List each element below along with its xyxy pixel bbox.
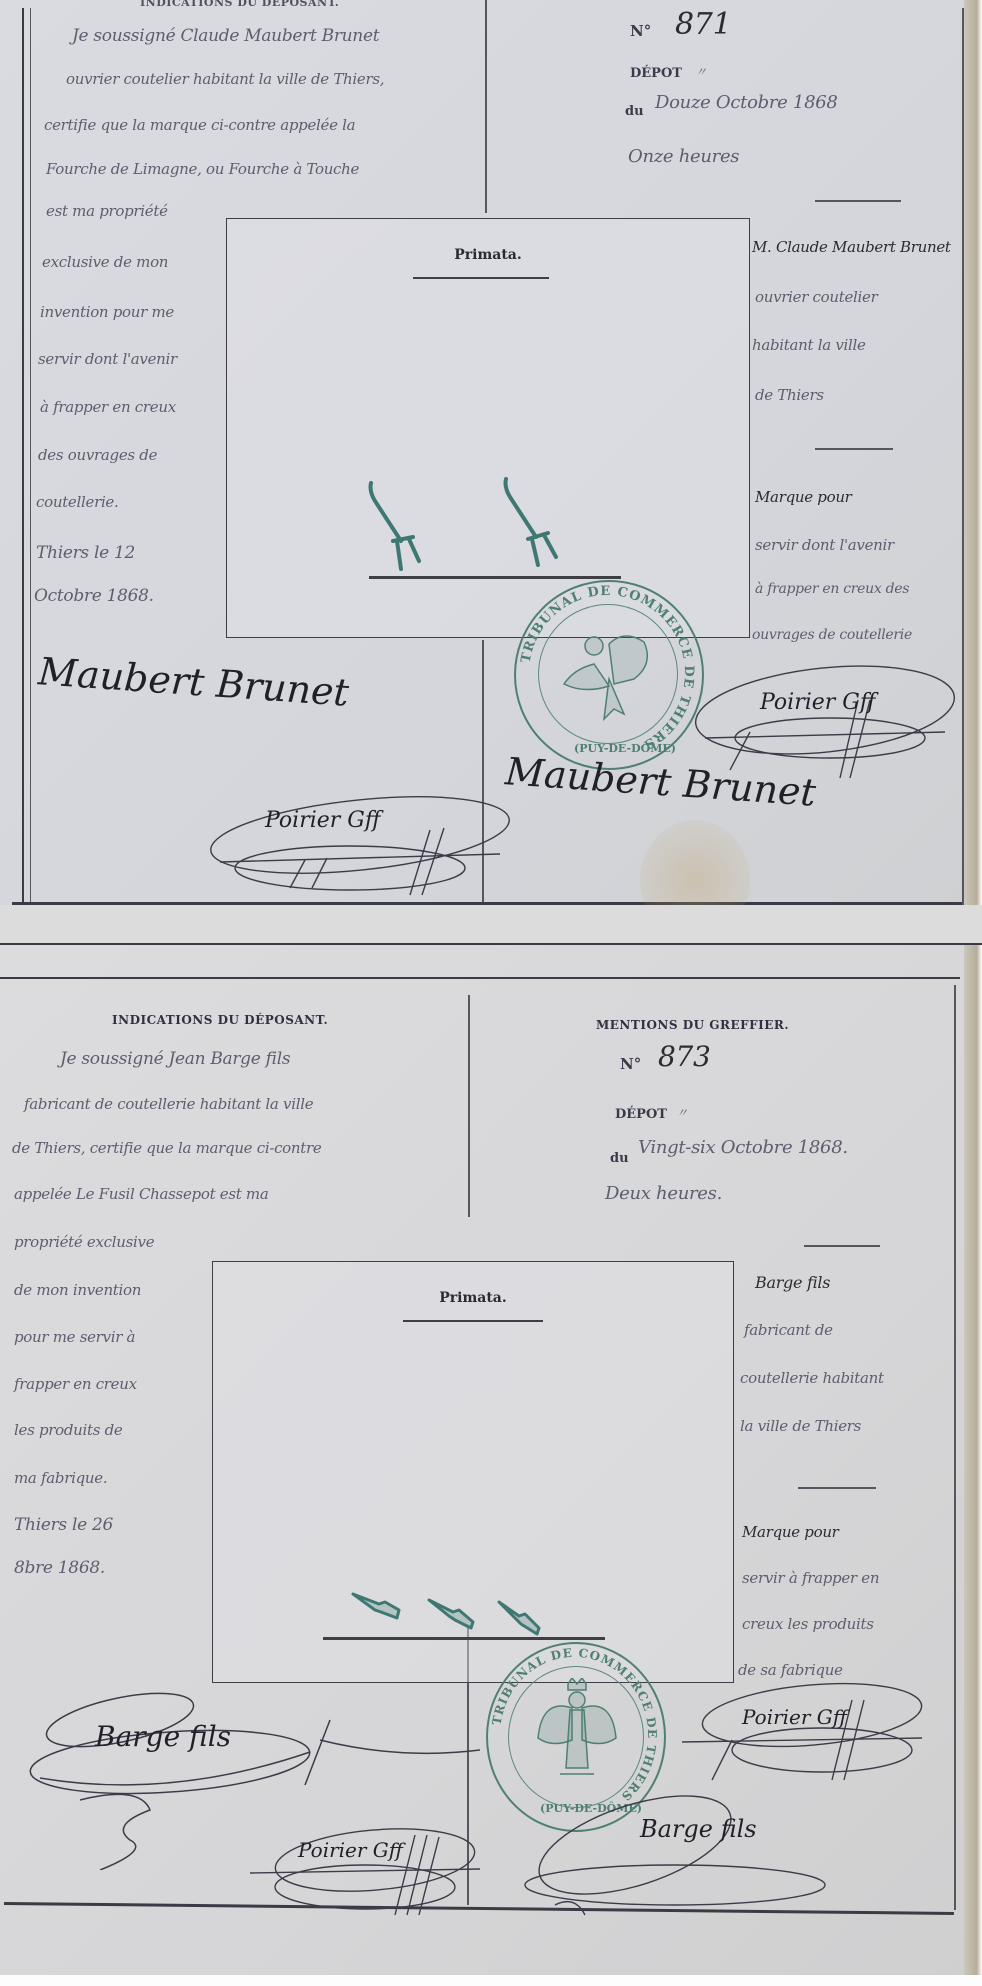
column-divider-top: [468, 995, 470, 1217]
baseline-rule: [369, 576, 621, 579]
mark-line: ouvrages de coutellerie: [752, 628, 912, 642]
depot-label: DÉPOT: [615, 1107, 667, 1122]
declaration-line: Thiers le 26: [14, 1517, 113, 1534]
declaration-line: servir dont l'avenir: [38, 352, 177, 367]
greffier-line: de Thiers: [755, 388, 824, 403]
greffier-line: Barge fils: [755, 1275, 830, 1291]
greffier-line: M. Claude Maubert Brunet: [752, 240, 951, 255]
column-divider-top: [485, 0, 487, 213]
frame-left-outer: [22, 8, 24, 903]
deposit-hour: Onze heures: [628, 148, 739, 166]
frame-right: [962, 8, 964, 913]
mark-line: Marque pour: [755, 490, 852, 505]
declaration-line: ouvrier coutelier habitant la ville de T…: [66, 72, 384, 87]
declaration-line: Thiers le 12: [36, 545, 135, 562]
right-column-header: Mentions du greffier.: [596, 1018, 789, 1032]
separator-line: [804, 1245, 880, 1247]
depositor-signature: Barge fils: [95, 1720, 231, 1753]
declaration-line: Octobre 1868.: [34, 588, 154, 605]
rifle-mark-icon: [351, 1590, 401, 1622]
declaration-line: frapper en creux: [14, 1377, 137, 1392]
depot-ditto: 〃: [676, 1107, 688, 1119]
clerk-signature: Poirier Gff: [265, 808, 380, 833]
declaration-line: Fourche de Limagne, ou Fourche à Touche: [46, 162, 359, 177]
declaration-line: invention pour me: [40, 305, 174, 320]
rifle-mark-icon: [497, 1598, 543, 1638]
deposit-date: Douze Octobre 1868: [655, 94, 838, 112]
declaration-line: est ma propriété: [46, 204, 168, 219]
declaration-line: certifie que la marque ci-contre appelée…: [44, 118, 355, 133]
greffier-line: la ville de Thiers: [740, 1419, 861, 1434]
registry-page-1: Indications du déposant. Je soussigné Cl…: [0, 0, 982, 945]
declaration-line: propriété exclusive: [14, 1235, 154, 1250]
depot-label: DÉPOT: [630, 66, 682, 81]
greffier-line: habitant la ville: [752, 338, 866, 353]
mark-impression-box: Primata.: [212, 1261, 734, 1683]
deposit-number: 873: [658, 1043, 711, 1071]
declaration-line: des ouvrages de: [38, 448, 157, 463]
declaration-line: coutellerie.: [36, 495, 118, 510]
frame-left-inner: [30, 8, 31, 903]
rifle-mark-icon: [427, 1596, 477, 1632]
stamp-bottom-text: (PUY-DE-DÔME): [574, 742, 676, 755]
depositor-signature-right: Barge fils: [640, 1815, 757, 1843]
declaration-line: les produits de: [14, 1423, 122, 1438]
frame-top: [0, 977, 960, 979]
declaration-line: ma fabrique.: [14, 1471, 107, 1486]
baseline-rule: [323, 1637, 605, 1640]
separator-line: [815, 200, 901, 202]
clerk-paraph-icon: [672, 1680, 932, 1785]
registry-page-2: Indications du déposant. Mentions du gre…: [0, 945, 982, 1975]
declaration-line: appelée Le Fusil Chassepot est ma: [14, 1187, 269, 1202]
mark-line: de sa fabrique: [738, 1663, 843, 1678]
declaration-line: fabricant de coutellerie habitant la vil…: [24, 1097, 313, 1112]
deposit-hour: Deux heures.: [605, 1185, 722, 1203]
page-edge: [964, 0, 982, 945]
left-column-header: Indications du déposant.: [112, 1013, 328, 1027]
depot-ditto: 〃: [695, 66, 707, 78]
greffier-line: coutellerie habitant: [740, 1371, 884, 1386]
declaration-line: à frapper en creux: [40, 400, 176, 415]
tribunal-stamp: TRIBUNAL DE COMMERCE DE THIERS (PUY-DE-D…: [514, 580, 704, 770]
declaration-line: 8bre 1868.: [14, 1560, 105, 1577]
declaration-line: Je soussigné Jean Barge fils: [60, 1051, 290, 1068]
declaration-line: de Thiers, certifie que la marque ci-con…: [12, 1141, 321, 1156]
fork-mark-icon: [367, 479, 427, 574]
clerk-signature-right: Poirier Gff: [760, 690, 875, 715]
greffier-line: fabricant de: [744, 1323, 833, 1338]
number-label: N°: [620, 1055, 641, 1073]
number-label: N°: [630, 22, 651, 40]
deposit-number: 871: [675, 10, 731, 40]
declaration-line: exclusive de mon: [42, 255, 168, 270]
separator-line: [798, 1487, 876, 1489]
mark-line: creux les produits: [742, 1617, 874, 1632]
page-edge: [964, 945, 982, 1975]
greffier-line: ouvrier coutelier: [755, 290, 878, 305]
eagle-emblem-icon: [554, 624, 664, 724]
left-column-header: Indications du déposant.: [140, 0, 339, 9]
title-underline: [413, 277, 549, 279]
date-prefix: du: [610, 1151, 629, 1166]
box-title: Primata.: [213, 1290, 733, 1306]
mark-line: Marque pour: [742, 1525, 839, 1540]
declaration-line: Je soussigné Claude Maubert Brunet: [72, 28, 379, 45]
mark-line: servir dont l'avenir: [755, 538, 894, 553]
title-underline: [403, 1320, 543, 1322]
clerk-signature: Poirier Gff: [298, 1838, 403, 1862]
clerk-signature-right: Poirier Gff: [742, 1705, 847, 1729]
declaration-line: de mon invention: [14, 1283, 141, 1298]
mark-impression-box: Primata.: [226, 218, 750, 638]
depositor-signature: Maubert Brunet: [37, 649, 350, 715]
box-title: Primata.: [227, 247, 749, 263]
separator-line: [815, 448, 893, 450]
mark-line: servir à frapper en: [742, 1571, 879, 1586]
fork-mark-icon: [502, 475, 562, 570]
declaration-line: pour me servir à: [14, 1330, 135, 1345]
deposit-date: Vingt-six Octobre 1868.: [638, 1139, 848, 1157]
crowned-eagle-emblem-icon: [532, 1678, 622, 1798]
date-prefix: du: [625, 104, 644, 119]
frame-right: [954, 985, 956, 1910]
mark-line: à frapper en creux des: [755, 582, 909, 596]
clerk-paraph-icon: [690, 660, 960, 780]
